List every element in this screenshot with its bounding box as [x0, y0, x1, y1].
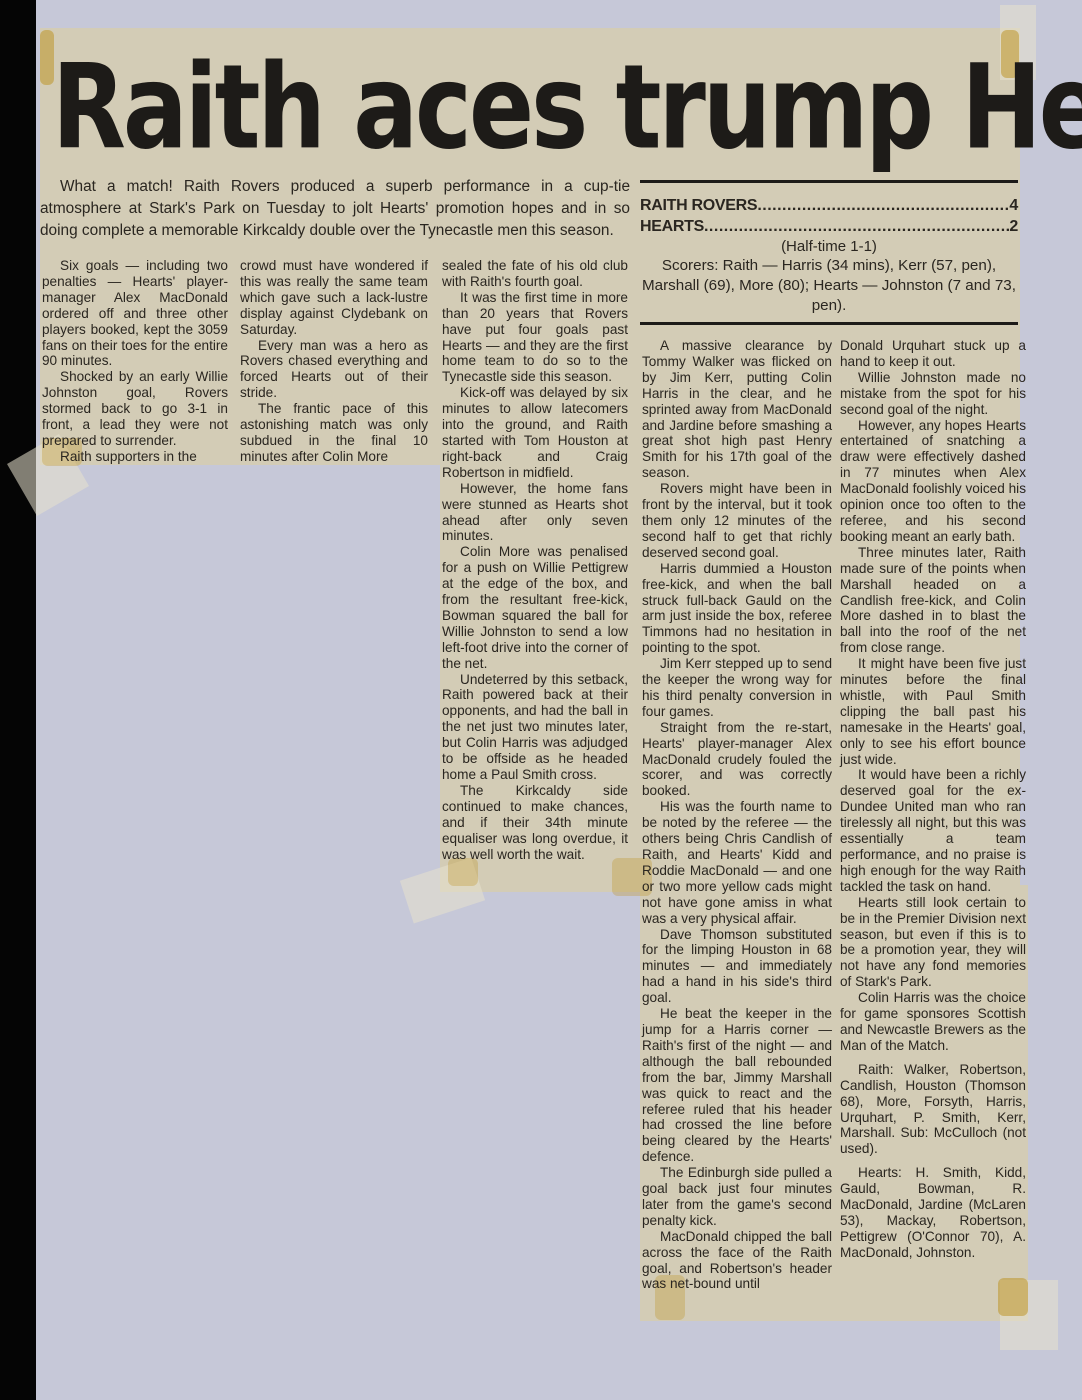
- paragraph: He beat the keeper in the jump for a Har…: [642, 1006, 832, 1165]
- tape-stain-bottom-right: [998, 1278, 1028, 1316]
- leader-dots: [704, 216, 1009, 237]
- paragraph: His was the fourth name to be noted by t…: [642, 799, 832, 926]
- away-score-line: HEARTS 2: [640, 216, 1018, 237]
- paragraph: Colin More was penalised for a push on W…: [442, 544, 628, 671]
- article-column-3: sealed the fate of his old club with Rai…: [442, 258, 628, 862]
- paragraph: It would have been a richly deserved goa…: [840, 767, 1026, 894]
- paragraph: Raith supporters in the: [42, 449, 228, 465]
- intro-paragraph: What a match! Raith Rovers produced a su…: [40, 176, 630, 242]
- photo-black-border: [0, 0, 36, 1400]
- away-team: HEARTS: [640, 216, 704, 237]
- paragraph: The Edinburgh side pulled a goal back ju…: [642, 1165, 832, 1229]
- paragraph: However, any hopes Hearts entertained of…: [840, 418, 1026, 545]
- paragraph: A massive clearance by Tommy Walker was …: [642, 338, 832, 481]
- paragraph: It was the first time in more than 20 ye…: [442, 290, 628, 385]
- paragraph: Donald Urquhart stuck up a hand to keep …: [840, 338, 1026, 370]
- paragraph: Every man was a hero as Rovers chased ev…: [240, 338, 428, 402]
- paragraph: Undeterred by this setback, Raith powere…: [442, 672, 628, 783]
- halftime-score: (Half-time 1-1): [640, 237, 1018, 256]
- paragraph: Colin Harris was the choice for game spo…: [840, 990, 1026, 1054]
- article-column-2: crowd must have wondered if this was rea…: [240, 258, 428, 465]
- hearts-lineup: Hearts: H. Smith, Kidd, Gauld, Bowman, R…: [840, 1165, 1026, 1260]
- headline: Raith aces trump Hearts: [52, 28, 1012, 199]
- home-team: RAITH ROVERS: [640, 195, 757, 216]
- team-lineups: Raith: Walker, Robertson, Candlish, Hous…: [840, 1062, 1026, 1261]
- paragraph: Shocked by an early Willie Johnston goal…: [42, 369, 228, 449]
- article-column-5: Donald Urquhart stuck up a hand to keep …: [840, 338, 1026, 1269]
- paragraph: Rovers might have been in front by the i…: [642, 481, 832, 561]
- paragraph: Dave Thomson substituted for the limping…: [642, 927, 832, 1007]
- paragraph: However, the home fans were stunned as H…: [442, 481, 628, 545]
- paragraph: Three minutes later, Raith made sure of …: [840, 545, 1026, 656]
- paragraph: Jim Kerr stepped up to send the keeper t…: [642, 656, 832, 720]
- paragraph: It might have been five just minutes bef…: [840, 656, 1026, 767]
- paragraph: Six goals — including two penalties — He…: [42, 258, 228, 369]
- raith-lineup: Raith: Walker, Robertson, Candlish, Hous…: [840, 1062, 1026, 1157]
- home-score: 4: [1009, 195, 1018, 216]
- scorers: Scorers: Raith — Harris (34 mins), Kerr …: [640, 256, 1018, 316]
- paragraph: The frantic pace of this astonishing mat…: [240, 401, 428, 465]
- article-column-4: A massive clearance by Tommy Walker was …: [642, 338, 832, 1292]
- paragraph: Kick-off was delayed by six minutes to a…: [442, 385, 628, 480]
- score-box-bottom-rule: [640, 322, 1018, 325]
- paragraph: Straight from the re-start, Hearts' play…: [642, 720, 832, 800]
- paragraph: MacDonald chipped the ball across the fa…: [642, 1229, 832, 1293]
- home-score-line: RAITH ROVERS 4: [640, 195, 1018, 216]
- paragraph: Harris dummied a Houston free-kick, and …: [642, 561, 832, 656]
- paragraph: sealed the fate of his old club with Rai…: [442, 258, 628, 290]
- paragraph: Willie Johnston made no mistake from the…: [840, 370, 1026, 418]
- leader-dots: [757, 195, 1009, 216]
- paragraph: Hearts still look certain to be in the P…: [840, 895, 1026, 990]
- away-score: 2: [1009, 216, 1018, 237]
- paragraph: crowd must have wondered if this was rea…: [240, 258, 428, 338]
- paragraph: The Kirkcaldy side continued to make cha…: [442, 783, 628, 863]
- score-box: RAITH ROVERS 4 HEARTS 2 (Half-time 1-1) …: [640, 180, 1018, 325]
- article-column-1: Six goals — including two penalties — He…: [42, 258, 228, 465]
